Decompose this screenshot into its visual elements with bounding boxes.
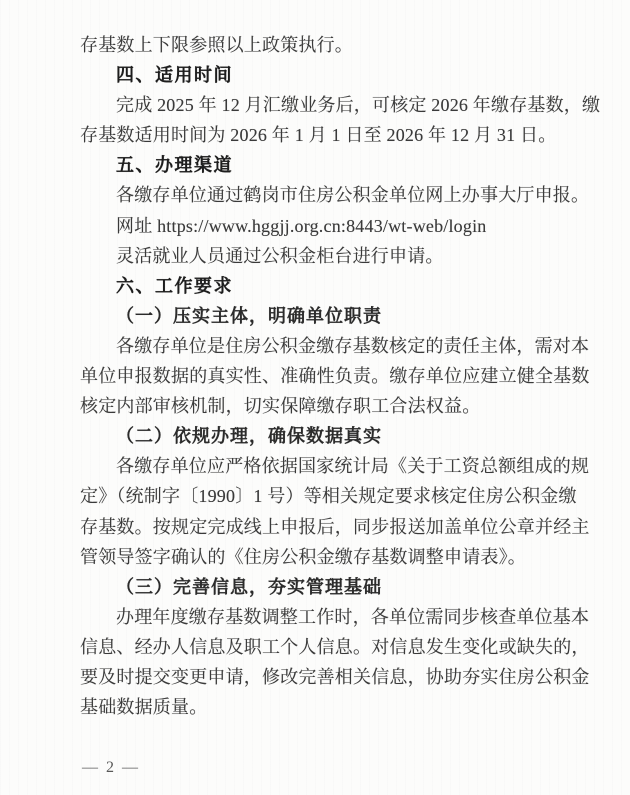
section-heading: 五、办理渠道	[80, 150, 567, 180]
page-number: — 2 —	[82, 757, 140, 779]
text-line: 定》（统制字〔1990〕1 号）等相关规定要求核定住房公积金缴	[80, 481, 567, 511]
sub-section-heading: （一）压实主体，明确单位职责	[80, 301, 567, 331]
document-body: 存基数上下限参照以上政策执行。四、适用时间完成 2025 年 12 月汇缴业务后…	[80, 30, 567, 722]
text-line: 各缴存单位是住房公积金缴存基数核定的责任主体，需对本	[80, 331, 567, 361]
text-line: 各缴存单位通过鹤岗市住房公积金单位网上办事大厅申报。	[80, 180, 567, 210]
text-line: 存基数适用时间为 2026 年 1 月 1 日至 2026 年 12 月 31 …	[80, 120, 567, 150]
text-line: 灵活就业人员通过公积金柜台进行申请。	[80, 241, 567, 271]
document-page: 存基数上下限参照以上政策执行。四、适用时间完成 2025 年 12 月汇缴业务后…	[0, 0, 630, 795]
text-line: 信息、经办人信息及职工个人信息。对信息发生变化或缺失的，	[80, 632, 567, 662]
section-heading: 四、适用时间	[80, 60, 567, 90]
sub-section-heading: （二）依规办理，确保数据真实	[80, 421, 567, 451]
text-line: 网址 https://www.hggjj.org.cn:8443/wt-web/…	[80, 211, 567, 241]
text-line: 各缴存单位应严格依据国家统计局《关于工资总额组成的规	[80, 451, 567, 481]
text-line: 管领导签字确认的《住房公积金缴存基数调整申请表》。	[80, 542, 567, 572]
text-line: 核定内部审核机制，切实保障缴存职工合法权益。	[80, 391, 567, 421]
sub-section-heading: （三）完善信息，夯实管理基础	[80, 572, 567, 602]
text-line: 基础数据质量。	[80, 692, 567, 722]
text-line: 单位申报数据的真实性、准确性负责。缴存单位应建立健全基数	[80, 361, 567, 391]
text-line: 要及时提交变更申请，修改完善相关信息，协助夯实住房公积金	[80, 662, 567, 692]
text-line: 存基数。按规定完成线上申报后，同步报送加盖单位公章并经主	[80, 512, 567, 542]
section-heading: 六、工作要求	[80, 271, 567, 301]
text-line: 办理年度缴存基数调整工作时，各单位需同步核查单位基本	[80, 602, 567, 632]
text-line: 存基数上下限参照以上政策执行。	[80, 30, 567, 60]
text-line: 完成 2025 年 12 月汇缴业务后，可核定 2026 年缴存基数，缴	[80, 90, 567, 120]
